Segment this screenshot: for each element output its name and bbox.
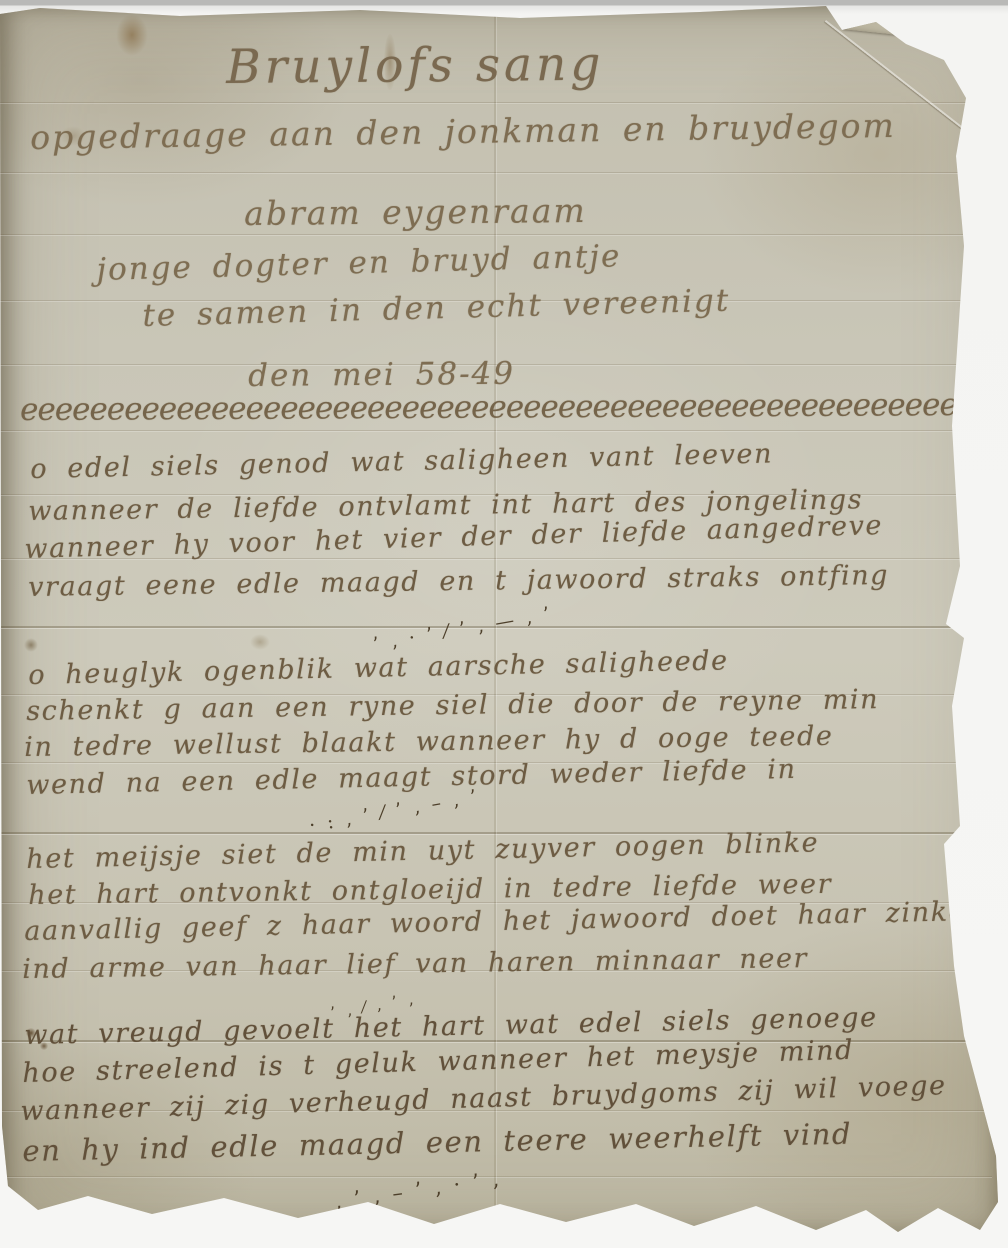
stanza-2-line-1: o heuglyk ogenblik wat aarsche saligheed… (28, 645, 729, 691)
dedication-line-2: abram eygenraam (244, 191, 587, 233)
dedication-line-5: den mei 58-49 (248, 356, 515, 394)
crease-line (0, 234, 992, 235)
manuscript-paper: Bruylofs sang opgedraage aan den jonkman… (0, 6, 1000, 1242)
stanza-1-line-4: vraagt eene edle maagd en t jawoord stra… (28, 560, 889, 603)
stanza-4-line-4: en hy ind edle maagd een teere weerhelft… (22, 1117, 852, 1168)
ornamental-loop-divider: eeeeeeeeeeeeeeeeeeeeeeeeeeeeeeeeeeeeeeee… (20, 386, 1008, 428)
torn-corner-flap (901, 21, 960, 59)
ink-stain (116, 14, 148, 56)
stanza-3-line-4: ind arme van haar lief van haren minnaar… (22, 943, 808, 985)
crease-line (0, 102, 992, 103)
stanza-3-line-1: het meijsje siet de min uyt zuyver oogen… (26, 827, 820, 875)
ink-stain (250, 634, 270, 650)
ink-stain (24, 638, 38, 652)
dedication-line-4: te samen in den echt vereenigt (142, 283, 731, 334)
dedication-line-3: jonge dogter en bruyd antje (96, 238, 622, 288)
crease-line (0, 430, 992, 431)
ink-flourish-1: ’ ‚ · ’ ⁄ ’ ‚ — ‚ ’ (371, 602, 554, 655)
ink-flourish-4: ‚ ’ ‚ – ’ ‚ · ’ ‚ (333, 1166, 503, 1213)
dedication-line-1: opgedraage aan den jonkman en bruydegom (30, 106, 896, 157)
stanza-1-line-1: o edel siels genod wat saligheen vant le… (30, 438, 773, 485)
stanza-2-line-2: schenkt g aan een ryne siel die door de … (26, 684, 879, 727)
crease-line (0, 172, 992, 173)
torn-corner-flap (841, 9, 939, 39)
page-title: Bruylofs sang (226, 37, 605, 95)
scanner-background: Bruylofs sang opgedraage aan den jonkman… (0, 0, 1008, 1248)
